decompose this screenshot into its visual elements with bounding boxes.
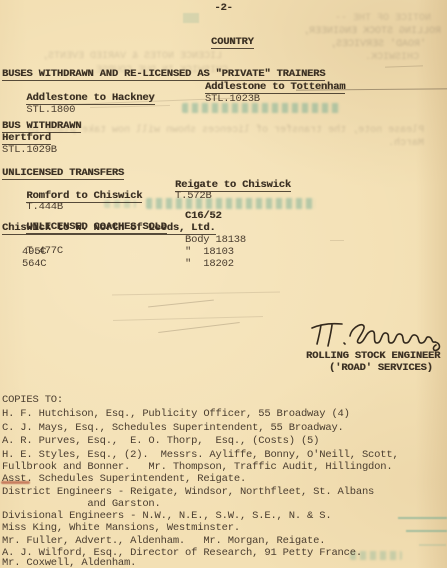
section4-row: 564C " 18202: [2, 259, 447, 303]
fleet-number: STL.1023B: [205, 94, 260, 105]
pencil-stroke: [158, 322, 240, 333]
ghost-text: NOTICE OF THE --: [335, 14, 431, 24]
ghost-text: CHISWICK.: [365, 53, 419, 63]
copies-line: Fullbrook and Bonner. Mr. Thompson, Traf…: [2, 462, 447, 473]
scanned-letter-page: LICENCE NOTES & VARIED EVENTS, CHISWICK …: [0, 0, 447, 568]
copies-line: District Engineers - Reigate, Windsor, N…: [2, 487, 447, 498]
section1-title: BUSES WITHDRAWN AND RE-LICENSED AS "PRIV…: [2, 68, 325, 81]
stamp-mark: [183, 13, 199, 23]
page-number: -2-: [0, 3, 447, 14]
copies-line: Mr. Fuller, Advert., Aldenham. Mr. Morga…: [2, 536, 447, 547]
section1-title-row: BUSES WITHDRAWN AND RE-LICENSED AS "PRIV…: [2, 69, 447, 80]
role-text: ROLLING STOCK ENGINEER: [306, 350, 440, 362]
copies-line: Mr. Coxwell, Aldenham.: [2, 558, 447, 568]
section2-fleet-row: STL.1029B: [2, 145, 447, 156]
ghost-text: ROLLING STOCK ENGINEER,: [303, 27, 441, 37]
heading-text: COUNTRY: [211, 36, 254, 49]
fleet-number: STL.1800: [26, 104, 75, 116]
pencil-line: [385, 65, 423, 67]
body-number: " 18103: [185, 247, 234, 258]
section3-title-row: UNLICENSED TRANSFERS: [2, 168, 447, 179]
section2-place-row: Hertford: [2, 133, 447, 144]
pencil-line: [113, 316, 263, 321]
body-number: " 18202: [185, 259, 234, 270]
section2-title-row: BUS WITHDRAWN: [2, 121, 447, 132]
signatory-role-line1: ROLLING STOCK ENGINEER: [306, 351, 447, 362]
fleet-number: T.572B: [175, 191, 212, 202]
role-text: ('ROAD' SERVICES): [329, 362, 433, 374]
copies-line: H. E. Styles, Esq., (2). Messrs. Ayliffe…: [2, 450, 447, 461]
section4-subtitle: Chiswick to W. North of Leeds, Ltd.: [2, 222, 216, 235]
reference-number: C16/52: [185, 211, 222, 222]
ghost-text: LICENCE NOTES & VARIED EVENTS,: [42, 52, 222, 62]
copies-line: Miss King, White Mansions, Westminster.: [2, 523, 447, 534]
fleet-number: 564C: [22, 259, 46, 270]
copies-line: H. F. Hutchison, Esq., Publicity Officer…: [2, 409, 447, 420]
section4-subtitle-row: Chiswick to W. North of Leeds, Ltd.: [2, 223, 447, 234]
copies-line: and Garston.: [2, 499, 447, 510]
copies-line: C. J. Mays, Esq., Schedules Superintende…: [2, 423, 447, 434]
fleet-number: 495C: [22, 247, 46, 258]
signatory-role-line2: ('ROAD' SERVICES): [329, 363, 447, 374]
document-heading: COUNTRY: [211, 37, 447, 48]
copies-header: COPIES TO:: [2, 395, 447, 406]
copies-line: Divisional Engineers - N.W., N.E., S.W.,…: [2, 511, 447, 522]
copies-line: A. R. Purves, Esq., E. O. Thorp, Esq., (…: [2, 436, 447, 447]
section3-title: UNLICENSED TRANSFERS: [2, 167, 124, 180]
handwritten-signature: [306, 315, 446, 353]
copies-line: Asst. Schedules Superintendent, Reigate.: [2, 474, 447, 485]
fleet-number: STL.1029B: [2, 144, 57, 156]
body-number: Body 18138: [185, 235, 246, 246]
